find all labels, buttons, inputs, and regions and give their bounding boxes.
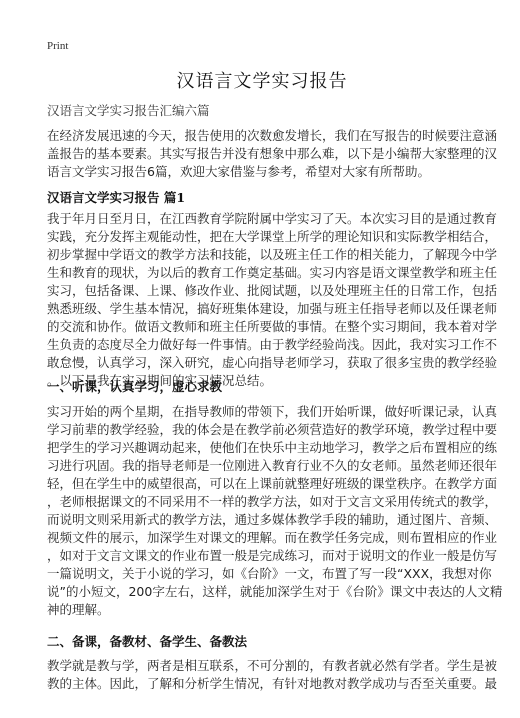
text-line: 实习开始的两个星期，在指导教师的带领下，我们开始听课，做好听课记录，认真: [47, 403, 487, 421]
text-line: 盖报告的基本要素。其实写报告并没有想象中那么难，以下是小编帮大家整理的汉: [47, 145, 487, 163]
subheading-two: 二、备课，备教材、备学生、备教法: [47, 632, 247, 650]
text-line: 实习，包括备课、上课、修改作业、批阅试题，以及处理班主任的日常工作，包括: [47, 282, 487, 300]
paragraph-1: 我于年月日至月日，在江西教育学院附属中学实习了天。本次实习目的是通过教育 实践，…: [47, 210, 487, 390]
paragraph-3: 教学就是教与学，两者是相互联系，不可分割的，有教者就必然有学者。学生是被 教的主…: [47, 657, 487, 693]
text-line: 熟悉班级、学生基本情况，搞好班集体建设，加强与班主任指导老师以及任课老师: [47, 300, 487, 318]
text-line: 我于年月日至月日，在江西教育学院附属中学实习了天。本次实习目的是通过教育: [47, 210, 487, 228]
text-line: 生负责的态度尽全力做好每一件事情。由于教学经验尚浅。因此，我对实习工作不: [47, 336, 487, 354]
print-label: Print: [47, 40, 68, 52]
text-line: 生和教育的现状，为以后的教育工作奠定基础。实习内容是语文课堂教学和班主任: [47, 264, 487, 282]
text-line: 敢怠慢，认真学习，深入研究，虚心向指导老师学习，获取了很多宝贵的教学经验: [47, 354, 487, 372]
text-line: 教的主体。因此，了解和分析学生情况，有针对地教对教学成功与否至关重要。最: [47, 675, 487, 693]
text-line: ，老师根据课文的不同采用不一样的教学方法，如对于文言文采用传统式的教学，: [47, 493, 487, 511]
text-line: 学习前辈的教学经验，我的体会是在教学前必须营造好的教学环境，教学过程中要: [47, 421, 487, 439]
text-line: 初步掌握中学语文的教学方法和技能，以及班主任工作的相关能力，了解现今中学: [47, 246, 487, 264]
subheading-one: 一、听课，认真学习，虚心求教: [47, 377, 222, 395]
paragraph-2: 实习开始的两个星期，在指导教师的带领下，我们开始听课，做好听课记录，认真 学习前…: [47, 403, 487, 619]
text-line: 神的理解。: [47, 601, 487, 619]
text-line: 把学生的学习兴趣调动起来，使他们在快乐中主动地学习，教学之后布置相应的练: [47, 439, 487, 457]
document-subtitle: 汉语言文学实习报告汇编六篇: [47, 101, 210, 119]
text-line: 在经济发展迅速的今天，报告使用的次数愈发增长，我们在写报告的时候要注意涵: [47, 127, 487, 145]
text-line: 说”的小短文，200字左右，这样，就能加深学生对于《台阶》课文中表达的人文精: [47, 583, 487, 601]
section-heading-1: 汉语言文学实习报告 篇1: [47, 188, 185, 206]
text-line: ，如对于文言文课文的作业布置一般是完成练习，而对于说明文的作业一般是仿写: [47, 547, 487, 565]
text-line: 视频文件的展示，加深学生对课文的理解。而在教学任务完成，则布置相应的作业: [47, 529, 487, 547]
text-line: 习进行巩固。我的指导老师是一位刚进入教育行业不久的女老师。虽然老师还很年: [47, 457, 487, 475]
text-line: 的交流和协作。做语文教师和班主任所要做的事情。在整个实习期间，我本着对学: [47, 318, 487, 336]
text-line: 教学就是教与学，两者是相互联系，不可分割的，有教者就必然有学者。学生是被: [47, 657, 487, 675]
text-line: 一篇说明文，关于小说的学习，如《台阶》一文，布置了写一段“XXX，我想对你: [47, 565, 487, 583]
text-line: 实践，充分发挥主观能动性，把在大学课堂上所学的理论知识和实际教学相结合，: [47, 228, 487, 246]
document-title: 汉语言文学实习报告: [47, 67, 477, 93]
text-line: 而说明文则采用新式的教学方法，通过多媒体教学手段的辅助，通过图片、音频、: [47, 511, 487, 529]
text-line: 语言文学实习报告6篇，欢迎大家借鉴与参考，希望对大家有所帮助。: [47, 163, 487, 181]
text-line: 轻，但在学生中的威望很高，可以在上课前就整理好班级的课堂秩序。在教学方面: [47, 475, 487, 493]
intro-paragraph: 在经济发展迅速的今天，报告使用的次数愈发增长，我们在写报告的时候要注意涵 盖报告…: [47, 127, 487, 181]
